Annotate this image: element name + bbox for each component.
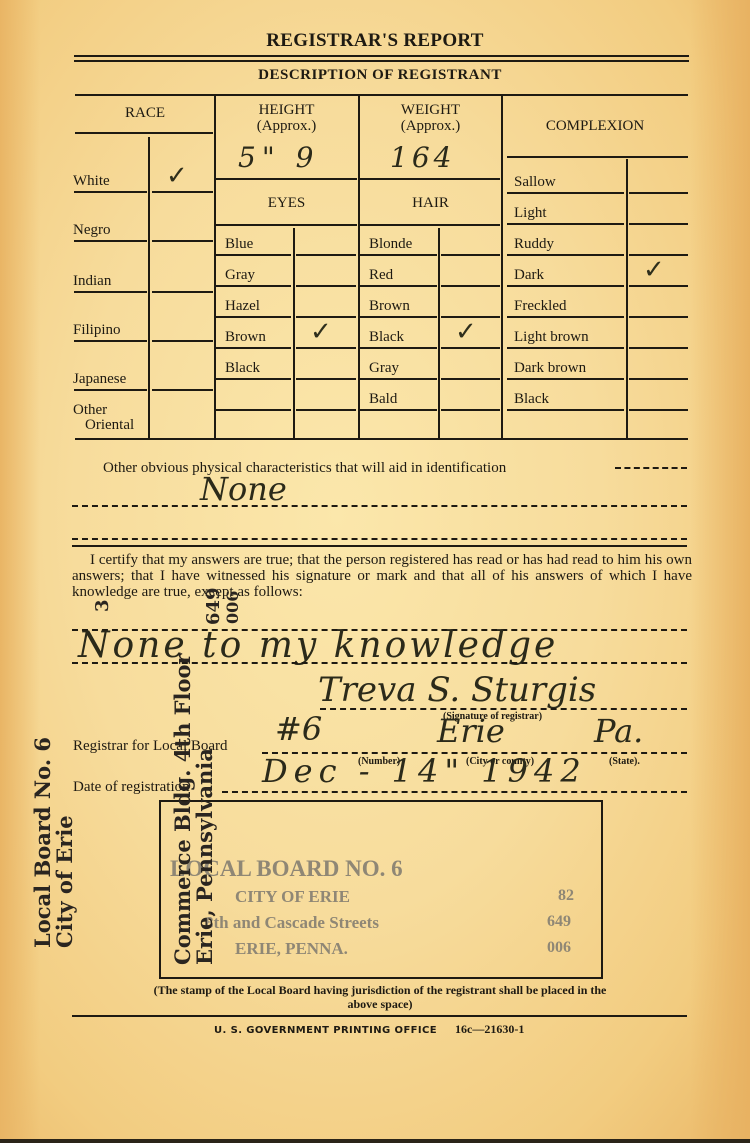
race-option-label: Negro — [73, 222, 111, 238]
race-check-box[interactable] — [166, 361, 206, 385]
race-row-rule — [74, 389, 147, 391]
complexion-row-rule — [507, 192, 624, 194]
race-check-rule — [152, 291, 213, 293]
complexion-check-rule — [629, 347, 688, 349]
stamp-box — [159, 800, 603, 979]
eyes-option-label: Blue — [225, 236, 253, 252]
vertical-code-649: 649 — [205, 587, 223, 625]
eyes-header: EYES — [215, 195, 358, 211]
hair-option-label: Gray — [369, 360, 399, 376]
height-subheader: (Approx.) — [215, 118, 358, 134]
eyes-row-rule — [216, 254, 291, 256]
complexion-check-rule — [629, 378, 688, 380]
race-option-label: Japanese — [73, 371, 126, 387]
signature-line — [320, 708, 687, 710]
title-rule-bottom — [74, 60, 689, 62]
race-check-mark-icon[interactable]: ✓ — [166, 163, 188, 189]
complexion-row-rule — [507, 285, 624, 287]
eyes-check-box[interactable] — [310, 288, 350, 312]
weight-header: WEIGHT — [359, 102, 502, 118]
eyes-row-rule — [216, 347, 291, 349]
table-divider-height — [358, 95, 360, 439]
state-label: (State). — [609, 756, 640, 767]
race-check-box[interactable] — [166, 312, 206, 336]
hair-check-rule — [441, 347, 500, 349]
race-header: RACE — [75, 105, 215, 121]
vertical-stamp-address: Commerce Bldg. 4th Floor Erie, Pennsylva… — [172, 653, 216, 965]
complexion-check-mark-icon[interactable]: ✓ — [643, 257, 665, 283]
complexion-option-label: Sallow — [514, 174, 556, 190]
eyes-option-label: Black — [225, 360, 260, 376]
eyes-check-mark-icon[interactable]: ✓ — [310, 319, 332, 345]
date-value[interactable]: Dec - 14" 1942 — [262, 752, 587, 790]
eyes-check-divider — [293, 228, 295, 439]
complexion-option-label: Light — [514, 205, 547, 221]
eyes-option-label: Hazel — [225, 298, 260, 314]
stamp-line-2: CITY OF ERIE — [235, 887, 350, 907]
complexion-row-rule — [507, 254, 624, 256]
eyes-row-rule — [216, 316, 291, 318]
paper-edge-right — [690, 0, 750, 1143]
section-rule — [72, 545, 687, 547]
race-option-label: Filipino — [73, 322, 121, 338]
hair-check-mark-icon[interactable]: ✓ — [455, 319, 477, 345]
race-row-rule — [74, 240, 147, 242]
complexion-row-rule — [507, 316, 624, 318]
height-value-rule — [216, 178, 357, 180]
eyes-row-rule — [216, 378, 291, 380]
vertical-address-line-2: Erie, Pennsylvania — [194, 653, 216, 965]
footer-rule — [72, 1015, 687, 1017]
complexion-check-rule — [629, 316, 688, 318]
eyes-check-rule — [296, 378, 356, 380]
race-option-label: White — [73, 173, 110, 189]
vertical-board-line-2: City of Erie — [54, 737, 76, 948]
board-city[interactable]: Erie — [437, 712, 505, 750]
race-row-rule — [74, 340, 147, 342]
stamp-line-3: 8th and Cascade Streets — [205, 913, 379, 933]
board-state[interactable]: Pa. — [594, 712, 643, 750]
complexion-row-rule — [507, 223, 624, 225]
eyes-row-rule — [216, 285, 291, 287]
registrar-signature[interactable]: Treva S. Sturgis — [318, 670, 596, 710]
hair-row-rule — [360, 316, 437, 318]
other-characteristics-value[interactable]: None — [200, 470, 287, 508]
hair-row-rule — [360, 378, 437, 380]
vertical-board-line-1: Local Board No. 6 — [32, 737, 54, 948]
race-check-divider — [148, 137, 150, 439]
complexion-check-rule — [629, 192, 688, 194]
race-check-rule — [152, 389, 213, 391]
hair-option-label: Brown — [369, 298, 410, 314]
table-divider-race — [214, 95, 216, 439]
vertical-code-3: 3 — [94, 599, 112, 612]
hair-check-rule — [441, 409, 500, 411]
stamp-code-1: 82 — [558, 887, 574, 905]
hair-check-box[interactable] — [455, 350, 495, 374]
eyes-check-box[interactable] — [310, 226, 350, 250]
race-check-rule — [152, 191, 213, 193]
eyes-check-rule — [296, 347, 356, 349]
table-top-rule — [75, 94, 688, 96]
vertical-code-006: 006 — [225, 591, 241, 624]
eyes-option-label: Brown — [225, 329, 266, 345]
race-check-box[interactable] — [166, 212, 206, 236]
race-check-box[interactable] — [166, 263, 206, 287]
stamp-smudge — [570, 828, 594, 834]
complexion-header: COMPLEXION — [502, 118, 688, 134]
hair-check-box[interactable] — [455, 288, 495, 312]
complexion-option-label: Black — [514, 391, 549, 407]
hair-header: HAIR — [359, 195, 502, 211]
other-characteristics-label: Other obvious physical characteristics t… — [103, 460, 506, 476]
stamp-caption: (The stamp of the Local Board having jur… — [150, 983, 610, 1011]
stamp-line-4: ERIE, PENNA. — [235, 939, 348, 959]
hair-check-box[interactable] — [455, 226, 495, 250]
weight-value-rule — [360, 178, 500, 180]
eyes-check-rule — [296, 285, 356, 287]
document-title: REGISTRAR'S REPORT — [0, 30, 750, 52]
hair-check-divider — [438, 228, 440, 439]
hair-option-label: Blonde — [369, 236, 412, 252]
hair-row-rule — [360, 285, 437, 287]
race-option-label: Indian — [73, 273, 111, 289]
hair-row-rule — [360, 409, 437, 411]
board-number[interactable]: #6 — [275, 710, 322, 748]
complexion-check-box[interactable] — [643, 226, 683, 250]
eyes-check-rule — [296, 254, 356, 256]
hair-check-box[interactable] — [455, 257, 495, 281]
title-rule-top — [74, 55, 689, 57]
complexion-check-divider — [626, 159, 628, 439]
hair-option-label: Black — [369, 329, 404, 345]
exceptions-value[interactable]: None to my knowledge — [78, 625, 558, 666]
table-divider-weight — [501, 95, 503, 439]
complexion-option-label: Dark brown — [514, 360, 586, 376]
eyes-check-box[interactable] — [310, 350, 350, 374]
hair-row-rule — [360, 347, 437, 349]
height-value: 5" 9 — [238, 141, 319, 174]
document-subtitle: DESCRIPTION OF REGISTRANT — [0, 67, 750, 84]
race-option-label: OtherOriental — [73, 403, 153, 433]
height-header: HEIGHT — [215, 102, 358, 118]
hair-check-rule — [441, 285, 500, 287]
complexion-check-box[interactable] — [643, 288, 683, 312]
vertical-address-line-1: Commerce Bldg. 4th Floor — [172, 653, 194, 965]
form-code: 16c—21630-1 — [455, 1022, 524, 1037]
weight-value: 164 — [390, 141, 455, 174]
race-check-box[interactable] — [166, 409, 206, 433]
complexion-check-rule — [629, 285, 688, 287]
hair-check-rule — [441, 378, 500, 380]
complexion-check-box[interactable] — [643, 195, 683, 219]
complexion-check-box[interactable] — [643, 164, 683, 188]
hair-row-rule — [360, 254, 437, 256]
complexion-check-rule — [629, 409, 688, 411]
complexion-option-label: Dark — [514, 267, 544, 283]
complexion-row-rule — [507, 378, 624, 380]
complexion-option-label: Light brown — [514, 329, 589, 345]
printer-name: U. S. GOVERNMENT PRINTING OFFICE — [214, 1025, 437, 1036]
complexion-check-box[interactable] — [643, 319, 683, 343]
other-characteristics-line-1 — [72, 505, 687, 507]
complexion-check-box[interactable] — [643, 350, 683, 374]
certification-text: I certify that my answers are true; that… — [72, 552, 692, 600]
eyes-row-rule — [216, 409, 291, 411]
race-row-rule — [74, 191, 147, 193]
table-bottom-rule — [75, 438, 688, 440]
race-row-rule — [74, 291, 147, 293]
complexion-row-rule — [507, 409, 624, 411]
complexion-check-box[interactable] — [643, 381, 683, 405]
other-characteristics-line-2 — [72, 538, 687, 540]
paper-edge-left — [0, 0, 40, 1143]
paper-edge-bottom — [0, 1139, 750, 1143]
hair-option-label: Red — [369, 267, 393, 283]
complexion-header-rule — [507, 156, 688, 158]
stamp-code-2: 649 — [547, 913, 571, 931]
date-line — [222, 791, 687, 793]
race-header-rule — [75, 132, 213, 134]
hair-check-box[interactable] — [455, 381, 495, 405]
complexion-row-rule — [507, 347, 624, 349]
eyes-option-label: Gray — [225, 267, 255, 283]
other-characteristics-leader — [615, 467, 687, 469]
hair-option-label: Bald — [369, 391, 397, 407]
vertical-stamp-board: Local Board No. 6 City of Erie — [32, 737, 76, 948]
hair-check-rule — [441, 254, 500, 256]
race-check-rule — [152, 240, 213, 242]
complexion-option-label: Freckled — [514, 298, 566, 314]
complexion-check-rule — [629, 223, 688, 225]
complexion-option-label: Ruddy — [514, 236, 554, 252]
race-check-rule — [152, 340, 213, 342]
stamp-code-3: 006 — [547, 939, 571, 957]
weight-subheader: (Approx.) — [359, 118, 502, 134]
eyes-check-rule — [296, 409, 356, 411]
exceptions-line-2 — [72, 662, 687, 664]
eyes-check-box[interactable] — [310, 257, 350, 281]
